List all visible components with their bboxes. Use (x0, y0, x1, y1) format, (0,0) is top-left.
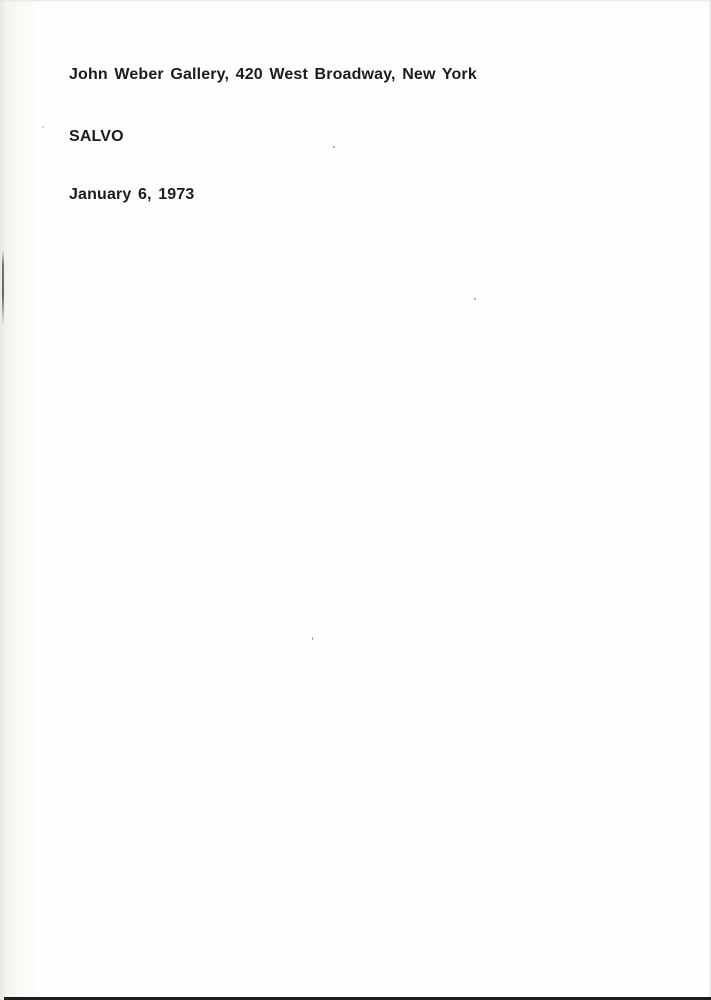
exhibition-date: January 6, 1973 (69, 186, 194, 204)
paper-speck (42, 126, 44, 128)
staple-spine-mark (2, 250, 4, 325)
artist-name-title: SALVO (69, 128, 124, 146)
gallery-address-heading: John Weber Gallery, 420 West Broadway, N… (69, 66, 477, 84)
catalog-cover-page: John Weber Gallery, 420 West Broadway, N… (0, 0, 711, 1000)
paper-speck (312, 637, 313, 640)
page-spine-shading (0, 0, 40, 1000)
page-top-edge (0, 0, 711, 2)
paper-speck (333, 146, 335, 148)
paper-speck (474, 298, 476, 300)
